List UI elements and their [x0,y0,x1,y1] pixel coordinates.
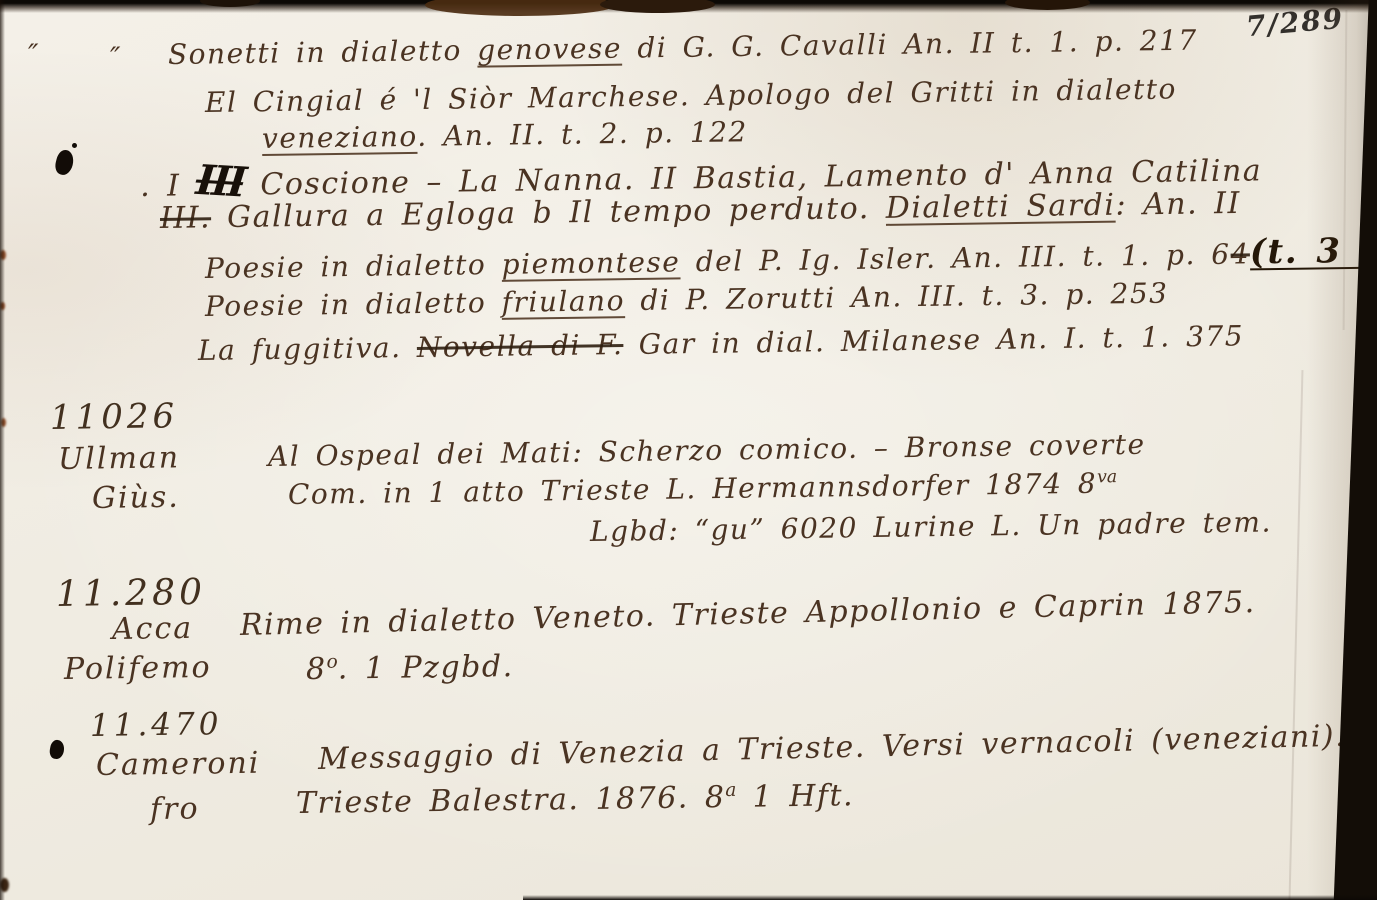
underlined-word: veneziano [262,120,418,155]
author-text: Ullman [58,440,181,477]
text-segment: . An. II. t. 2. p. 122 [417,115,748,153]
author-name: Cameroni [96,746,261,783]
struck-word: 4 [1230,237,1250,270]
underlined-word: friulano [501,284,625,319]
text-segment: Rime in dialetto Veneto. Trieste Appollo… [240,585,1256,643]
catalog-line-3: veneziano. An. II. t. 2. p. 122 [262,115,748,155]
ink-speck [72,143,77,148]
text-segment: Messaggio di Venezia a Trieste. Versi ve… [318,719,1347,777]
ink-blot [48,739,65,760]
catalog-line-6: Poesie in dialetto piemontese del P. Ig.… [205,229,1377,287]
paper-crease [1289,370,1304,900]
author-name: Ullman [58,440,181,477]
author-text: Cameroni [96,746,261,783]
page-bottom-edge [523,895,1377,900]
text-segment: Poesie in dialetto [205,286,502,323]
top-edge-stain [425,0,615,16]
author-name: Acca [112,611,194,647]
catalog-line-1: Sonetti in dialetto genovese di G. G. Ca… [168,24,1198,71]
text-segment: Com. in 1 atto Trieste L. Hermannsdorfer… [288,467,1098,511]
author-abbrev: fro [150,791,200,827]
catalog-line-2: El Cingial é 'l Siòr Marchese. Apologo d… [205,72,1177,119]
author-epithet: Polifemo [64,650,212,687]
shelfmark-11280: 11.280 [56,572,207,615]
shelfmark-text: 11.470 [90,706,223,744]
entry2-format-line: 8o. 1 Pzgbd. [306,649,514,687]
text-segment: : An. II [1115,186,1241,223]
shelfmark-11026: 11026 [50,396,179,438]
underlined-word: genovese [477,32,622,67]
manuscript-paper: 7/289 ″ ″ Sonetti in dialetto genovese d… [0,0,1377,900]
struck-word: III. [160,200,212,236]
text-segment: del P. Ig. Isler. An. III. t. 1. p. 6 [680,238,1231,279]
ditto-mark-glyph: ″ [28,38,40,71]
entry1-imprint-line: Com. in 1 atto Trieste L. Hermannsdorfer… [288,466,1118,511]
tally-marks-icon: III [190,155,252,206]
catalog-line-8: La fuggitiva. Novella di F. Gar in dial.… [198,319,1244,367]
text-segment: Lgbd: “gu” 6020 Lurine L. Un padre tem. [590,505,1272,548]
text-segment: La fuggitiva. [198,331,417,367]
underlined-word: piemontese [501,245,680,280]
text-segment: Gar in dial. Milanese An. I. t. 1. 375 [623,319,1244,361]
text-segment: . I [140,168,197,204]
text-segment: di G. G. Cavalli An. II t. 1. p. 217 [622,24,1198,65]
format-superscript: a [725,780,736,801]
struck-word: Novella di F. [417,328,624,364]
text-segment: Poesie in dialetto [205,248,502,285]
ditto-mark-glyph: ″ [110,41,122,74]
entry1-title-line: Al Ospeal dei Mati: Scherzo comico. – Br… [268,428,1146,473]
entry3-imprint-line: Trieste Balestra. 1876. 8a 1 Hft. [296,778,855,821]
author-text: fro [150,791,200,827]
shelfmark-11470: 11.470 [90,706,223,744]
author-text: Polifemo [64,650,212,687]
entry2-title-line: Rime in dialetto Veneto. Trieste Appollo… [240,585,1256,643]
shelfmark-text: 11026 [50,396,179,438]
entry3-title-line: Messaggio di Venezia a Trieste. Versi ve… [318,719,1347,777]
text-segment: Sonetti in dialetto [168,34,478,71]
ditto-mark-2: ″ [110,41,122,74]
underlined-word: Dialetti Sardi [886,188,1116,226]
text-segment: Al Ospeal dei Mati: Scherzo comico. – Br… [268,428,1146,473]
text-segment: di P. Zorutti An. III. t. 3. p. 253 [625,277,1169,318]
text-segment: El Cingial é 'l Siòr Marchese. Apologo d… [205,72,1177,119]
text-segment: 1 Hft. [736,778,854,815]
author-text: Giùs. [92,480,180,516]
ditto-mark-1: ″ [28,38,40,71]
format-superscript: o [326,652,337,673]
text-segment: 8 [306,652,327,687]
author-forename: Giùs. [92,480,180,516]
author-text: Acca [112,611,194,647]
entry1-binding-line: Lgbd: “gu” 6020 Lurine L. Un padre tem. [590,505,1272,548]
ink-blot [53,148,76,176]
text-segment: . 1 Pzgbd. [338,649,514,686]
shelfmark-text: 11.280 [56,572,207,615]
page-left-edge [0,0,5,900]
text-segment: Trieste Balestra. 1876. 8 [296,780,726,821]
format-superscript: va [1097,467,1117,487]
